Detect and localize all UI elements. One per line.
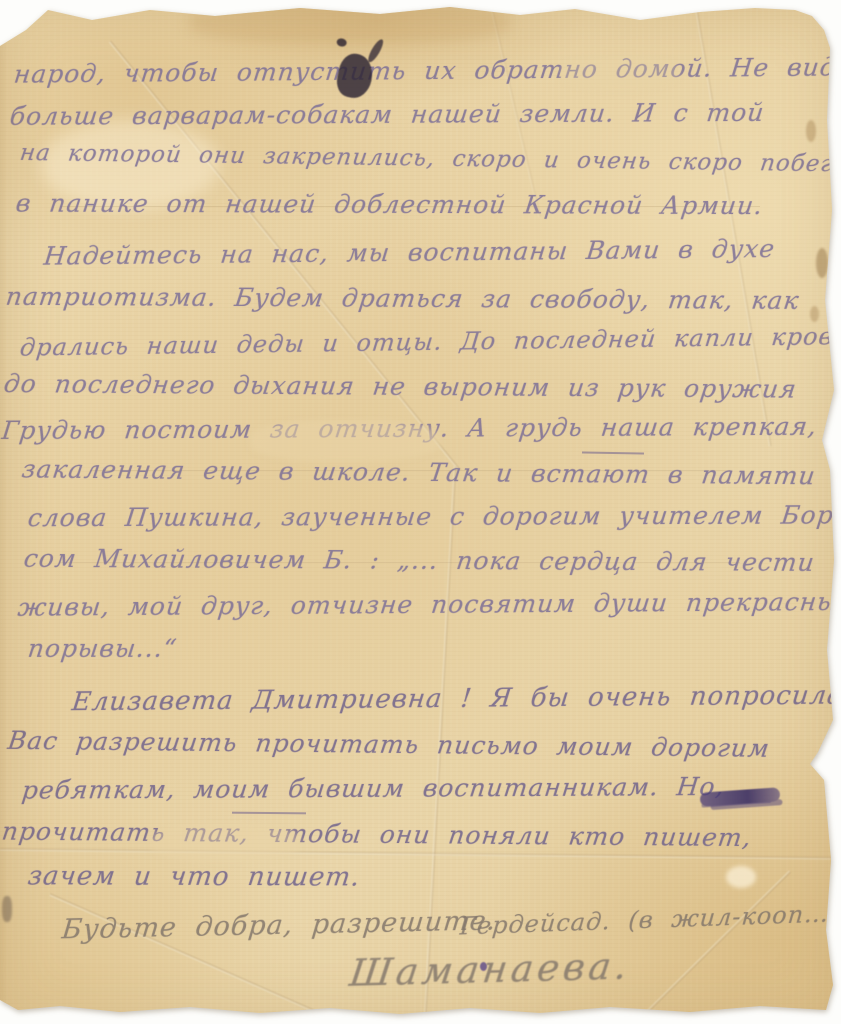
- paper-sheet: народ, чтобы отпустить их обратно домой.…: [0, 0, 841, 1024]
- letter-page: народ, чтобы отпустить их обратно домой.…: [0, 0, 841, 1024]
- scan-background: народ, чтобы отпустить их обратно домой.…: [0, 0, 841, 1024]
- paper-edge-shading: [0, 0, 841, 1024]
